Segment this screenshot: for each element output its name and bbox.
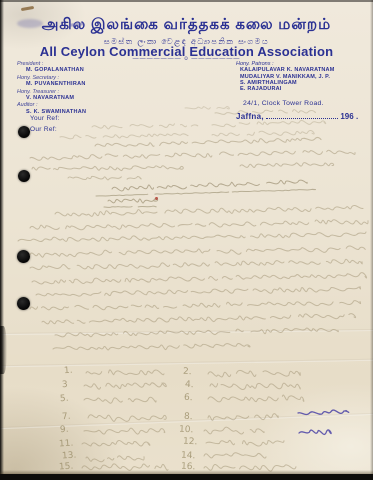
- handwriting-stroke: [30, 220, 368, 230]
- list-number: 3: [62, 380, 68, 390]
- officials-block: President : M. GOPALANATHAN Hony. Secret…: [17, 61, 86, 116]
- list-number: 13.: [62, 451, 77, 462]
- paper-crease: [0, 329, 373, 335]
- date-line: Jaffna, 196 .: [236, 111, 358, 121]
- handwriting-stroke: [60, 133, 188, 138]
- handwriting-stroke: [30, 259, 362, 269]
- address-line: 24/1, Clock Tower Road.: [243, 100, 324, 107]
- handwriting-stroke: [108, 198, 158, 203]
- list-number: 9.: [60, 425, 69, 436]
- list-number: 6.: [184, 393, 193, 403]
- official-title: President :: [17, 61, 86, 67]
- date-city: Jaffna,: [236, 112, 264, 121]
- handwriting-stroke: [208, 370, 300, 377]
- scanned-letter-page: அகில இலங்கை வர்த்தகக் கலை மன்றம் සමස්ත ල…: [0, 0, 373, 480]
- ink-smudge: [17, 19, 43, 28]
- ink-smudge: [21, 6, 34, 11]
- handwriting-stroke: [206, 440, 284, 446]
- patron-name: KALAIPULAVAR K. NAVARATNAM: [236, 67, 335, 73]
- patron-name: E. RAJADURAI: [236, 86, 335, 92]
- handwriting-stroke: [84, 383, 166, 389]
- handwriting-stroke: [55, 205, 363, 216]
- handwriting-stroke: [212, 130, 314, 136]
- list-number: 4.: [185, 380, 194, 390]
- handwriting-stroke: [30, 301, 361, 310]
- punch-hole: [17, 250, 30, 263]
- handwriting-stroke: [204, 453, 266, 458]
- list-number: 1.: [64, 366, 73, 377]
- reference-block: Your Ref: Our Ref:: [30, 114, 60, 135]
- list-number: 11.: [59, 439, 74, 450]
- patron-name: MUDALIYAR V. MANIKKAM, J. P.: [236, 74, 335, 80]
- date-suffix: .: [356, 112, 358, 121]
- official-title: Hony. Treasurer :: [17, 89, 86, 95]
- list-number: 7.: [62, 412, 71, 423]
- list-number: 2.: [183, 367, 192, 377]
- association-title-tamil: அகில இலங்கை வர்த்தகக் கலை மன்றம்: [0, 16, 373, 35]
- official-name: M. GOPALANATHAN: [17, 67, 86, 73]
- handwriting-stroke: [96, 189, 315, 196]
- red-correction-mark: [155, 197, 158, 200]
- handwriting-stroke: [84, 428, 165, 434]
- handwriting-stroke: [210, 383, 300, 389]
- scan-edge: [0, 0, 4, 480]
- scan-edge: [0, 474, 373, 480]
- scan-edge: [0, 0, 373, 2]
- handwriting-stroke: [42, 314, 356, 324]
- official-title: Auditor :: [17, 102, 86, 108]
- list-number: 14.: [181, 451, 196, 462]
- handwriting-stroke: [68, 176, 141, 180]
- punch-hole: [17, 297, 30, 310]
- official-title: Hony. Secretary :: [17, 75, 86, 81]
- our-ref-label: Our Ref:: [30, 125, 60, 136]
- date-dotted-leader: [266, 111, 338, 119]
- handwriting-stroke: [84, 397, 156, 403]
- handwriting-stroke: [212, 120, 326, 126]
- your-ref-label: Your Ref:: [30, 114, 60, 125]
- handwriting-stroke: [112, 180, 307, 191]
- list-number: 12.: [183, 437, 198, 448]
- handwriting-stroke: [104, 206, 156, 207]
- handwriting-stroke: [53, 343, 250, 349]
- handwriting-stroke: [32, 273, 367, 284]
- handwriting-stroke: [204, 427, 264, 434]
- handwriting-stroke: [32, 166, 183, 171]
- handwriting-stroke: [92, 124, 198, 129]
- handwriting-stroke: [185, 107, 229, 110]
- punch-hole: [18, 170, 30, 182]
- handwriting-stroke: [95, 138, 321, 147]
- handwriting-stroke: [208, 395, 304, 402]
- official-name: M. PUVANENTHIRAN: [17, 81, 86, 87]
- official-name: V. NAVARATNAM: [17, 95, 86, 101]
- punch-hole: [18, 126, 30, 138]
- handwriting-stroke: [299, 430, 331, 435]
- handwriting-stroke: [82, 441, 150, 447]
- handwriting-stroke: [36, 287, 361, 297]
- date-year: 196: [340, 112, 353, 121]
- handwriting-stroke: [86, 456, 144, 462]
- handwriting-stroke: [18, 232, 366, 242]
- handwriting-stroke: [30, 246, 365, 257]
- handwriting-stroke: [86, 370, 164, 375]
- list-number: 5.: [60, 394, 69, 405]
- patrons-block: Hony. Patrons : KALAIPULAVAR K. NAVARATN…: [236, 61, 335, 92]
- handwriting-stroke: [30, 150, 355, 160]
- list-number: 10.: [179, 425, 194, 436]
- list-number: 8.: [184, 412, 193, 422]
- handwriting-stroke: [240, 163, 334, 168]
